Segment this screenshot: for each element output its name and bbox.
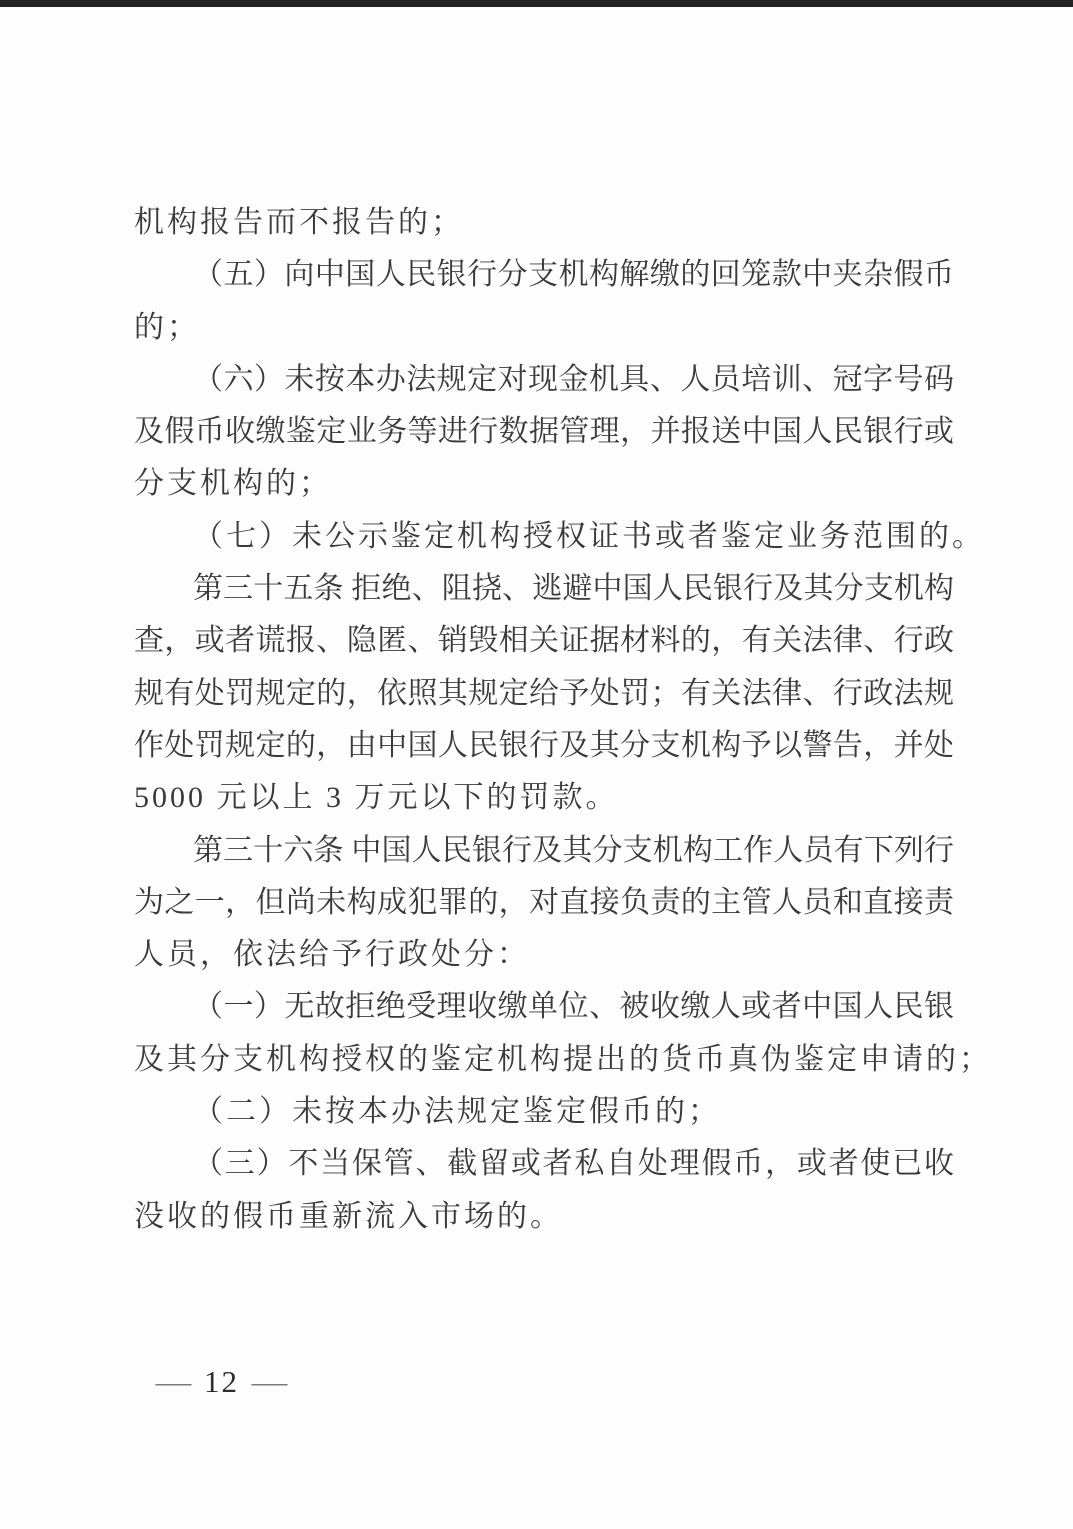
text-line: 第三十五条 拒绝、阻挠、逃避中国人民银行及其分支机构检 [134,563,954,615]
text-line: 的； [134,302,954,354]
text-line: （六）未按本办法规定对现金机具、人员培训、冠字号码以 [134,354,954,406]
text-line: （三）不当保管、截留或者私自处理假币，或者使已收缴、 [134,1138,954,1190]
text-line: 第三十六条 中国人民银行及其分支机构工作人员有下列行 [134,825,954,877]
text-line: 分支机构的； [134,458,954,510]
text-line: 及假币收缴鉴定业务等进行数据管理，并报送中国人民银行或其 [134,406,954,458]
page-footer: — 12 — [158,1360,285,1404]
page-number: 12 [204,1364,239,1400]
text-line: （一）无故拒绝受理收缴单位、被收缴人或者中国人民银行 [134,981,954,1033]
text-line: 机构报告而不报告的； [134,197,954,249]
document-body: 机构报告而不报告的；（五）向中国人民银行分支机构解缴的回笼款中夹杂假币的；（六）… [134,197,954,1243]
text-line: 查，或者谎报、隐匿、销毁相关证据材料的，有关法律、行政法 [134,615,954,667]
text-line: 及其分支机构授权的鉴定机构提出的货币真伪鉴定申请的； [134,1034,954,1086]
document-page: 机构报告而不报告的；（五）向中国人民银行分支机构解缴的回笼款中夹杂假币的；（六）… [0,0,1073,1529]
footer-right-dash: — [252,1364,288,1400]
text-line: （二）未按本办法规定鉴定假币的； [134,1086,954,1138]
footer-left-dash: — [156,1364,192,1400]
text-line: 规有处罚规定的，依照其规定给予处罚；有关法律、行政法规未 [134,668,954,720]
scan-top-edge [0,0,1073,7]
text-line: 为之一，但尚未构成犯罪的，对直接负责的主管人员和直接责任 [134,877,954,929]
text-line: （七）未公示鉴定机构授权证书或者鉴定业务范围的。 [134,511,954,563]
text-line: 5000 元以上 3 万元以下的罚款。 [134,772,954,824]
text-line: 没收的假币重新流入市场的。 [134,1191,954,1243]
text-line: （五）向中国人民银行分支机构解缴的回笼款中夹杂假币 [134,249,954,301]
text-line: 作处罚规定的，由中国人民银行及其分支机构予以警告，并处 [134,720,954,772]
text-line: 人员，依法给予行政处分： [134,929,954,981]
